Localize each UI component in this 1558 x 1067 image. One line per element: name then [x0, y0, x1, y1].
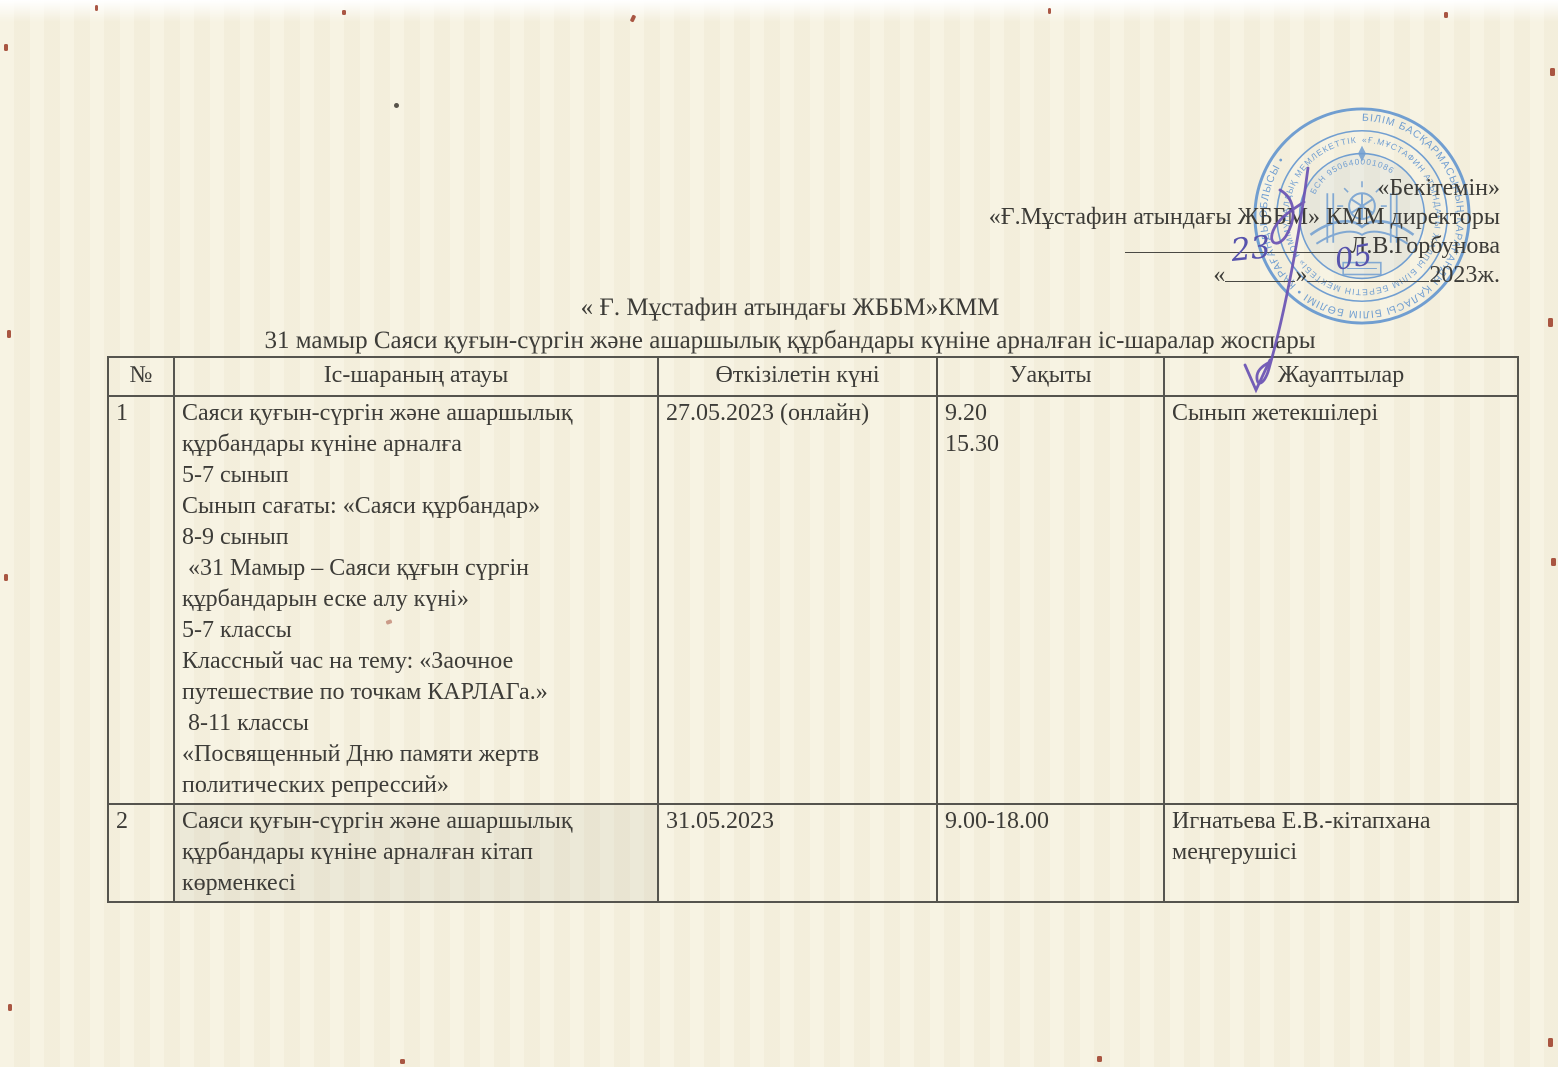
row2-date: 31.05.2023: [666, 806, 928, 837]
col-header-number: №: [108, 357, 174, 396]
row1-date: 27.05.2023 (онлайн): [666, 398, 928, 429]
scan-edge-highlight: [0, 0, 1558, 22]
col-header-time: Уақыты: [937, 357, 1164, 396]
col-header-event-name: Іс-шараның атауы: [174, 357, 658, 396]
scan-speck: [394, 103, 399, 108]
row2-time: 9.00-18.00: [945, 806, 1155, 837]
approval-date-line: «23»052023ж.: [880, 261, 1500, 290]
row2-number: 2: [116, 806, 165, 837]
scan-speck: [1097, 1056, 1102, 1062]
scan-speck: [630, 14, 637, 22]
row1-event-name: Саяси қуғын-сүргін және ашаршылық құрбан…: [182, 398, 649, 801]
director-signature: [1220, 140, 1350, 420]
scan-speck: [1551, 558, 1556, 566]
row2-responsible: Игнатьева Е.В.-кітапхана меңгерушісі: [1172, 806, 1509, 868]
scanned-document-page: БІЛІМ БАСҚАРМАСЫНЫҢ ҚАРАҒАНДЫ ҚАЛАСЫ БІЛ…: [0, 0, 1558, 1067]
scan-speck: [95, 5, 98, 11]
events-plan-table: № Іс-шараның атауы Өткізілетін күні Уақы…: [107, 356, 1519, 903]
scan-speck: [400, 1059, 405, 1064]
director-title-line: «Ғ.Мұстафин атындағы ЖББМ» КММ директоры: [880, 203, 1500, 232]
director-name: Л.В.Горбунова: [1350, 233, 1500, 259]
scan-speck: [7, 330, 11, 338]
scan-speck: [4, 574, 8, 581]
scan-speck: [1048, 8, 1051, 14]
scan-speck: [1550, 68, 1555, 76]
approval-block: «Бекітемін» «Ғ.Мұстафин атындағы ЖББМ» К…: [880, 174, 1500, 290]
date-year: 2023ж.: [1429, 262, 1500, 288]
table-row: 2 Саяси қуғын-сүргін және ашаршылық құрб…: [108, 804, 1518, 902]
row1-number: 1: [116, 398, 165, 429]
scan-speck: [1444, 12, 1448, 18]
scan-speck: [342, 10, 346, 15]
approve-word: «Бекітемін»: [880, 174, 1500, 203]
scan-speck: [4, 44, 8, 51]
scan-speck: [8, 1004, 12, 1011]
signature-name-line: Л.В.Горбунова: [880, 232, 1500, 261]
col-header-date: Өткізілетін күні: [658, 357, 937, 396]
scan-speck: [1548, 1038, 1553, 1047]
row2-event-name: Саяси қуғын-сүргін және ашаршылық құрбан…: [182, 806, 649, 899]
table-row: 1 Саяси қуғын-сүргін және ашаршылық құрб…: [108, 396, 1518, 804]
row1-time: 9.20 15.30: [945, 398, 1155, 460]
